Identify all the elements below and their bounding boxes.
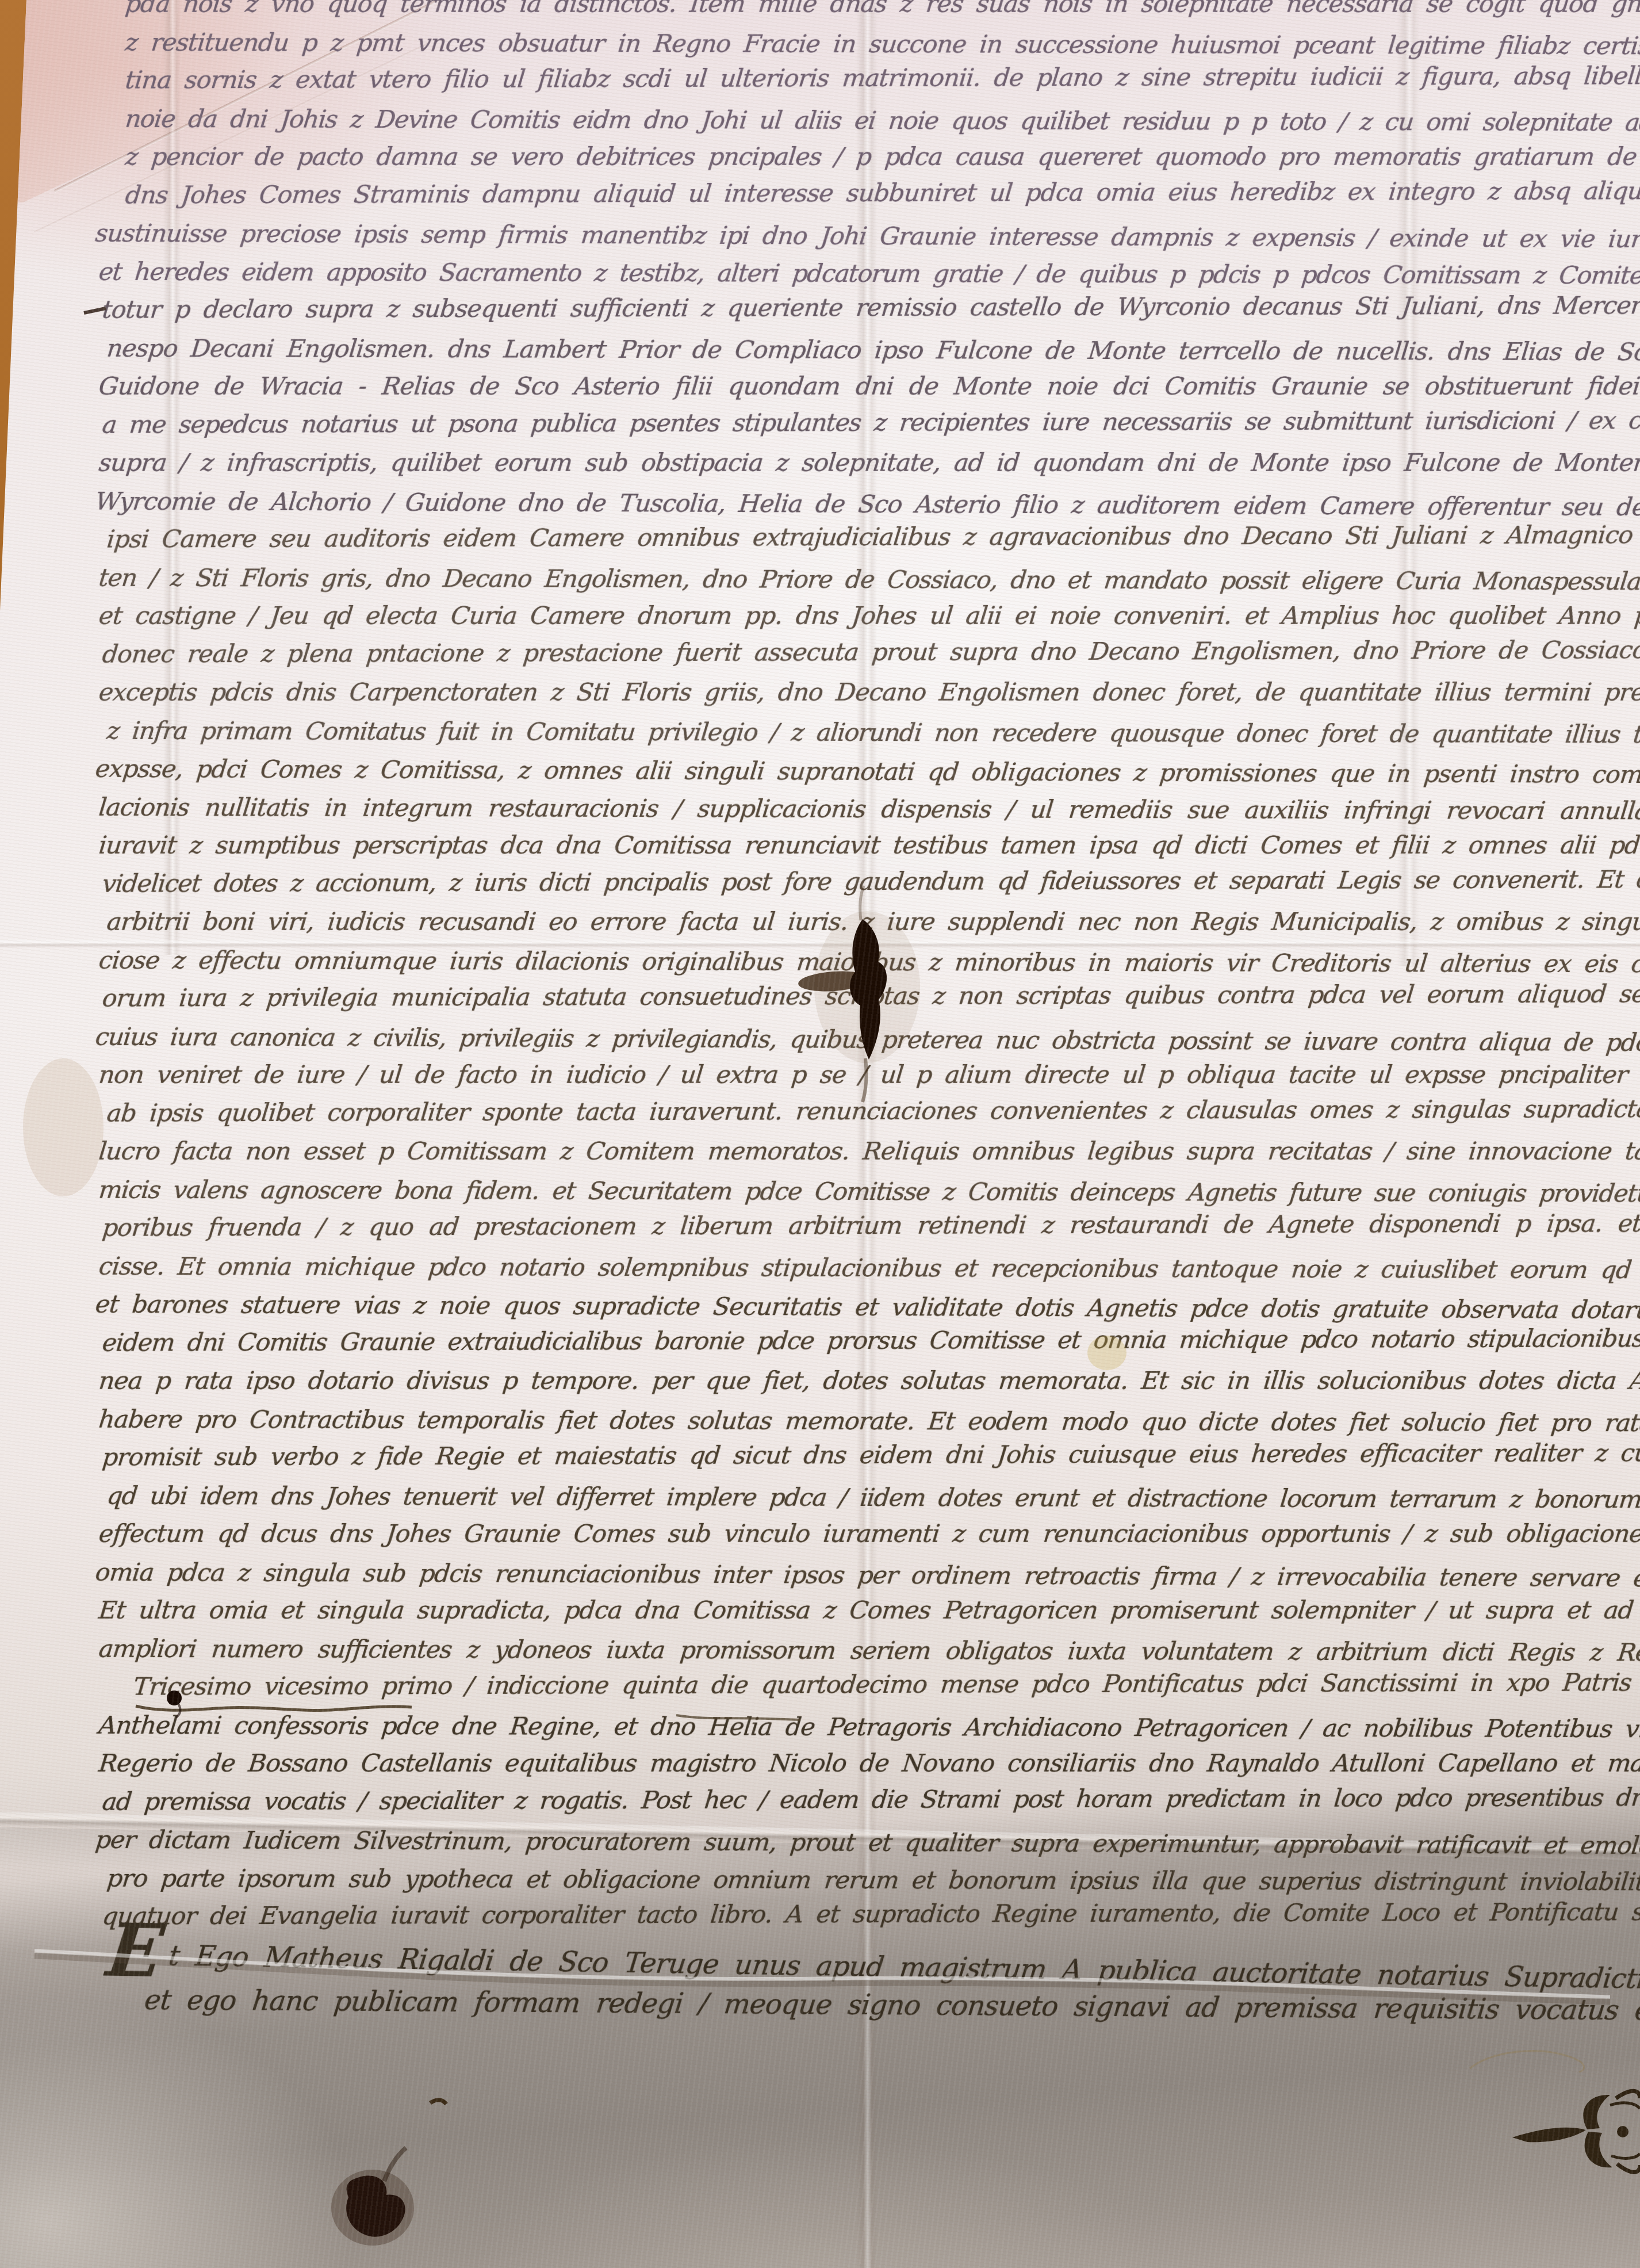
manuscript-text-line: z infra primam Comitatus fuit in Comitat… [105, 712, 1640, 755]
manuscript-text-line: donec reale z plena pntacione z prestaci… [101, 630, 1640, 674]
manuscript-text-line: ab ipsis quolibet corporaliter sponte ta… [105, 1089, 1640, 1133]
manuscript-text-line: quatuor dei Evangelia iuravit corporalit… [101, 1892, 1640, 1936]
manuscript-text-line: supra / z infrascriptis, quilibet eorum … [97, 444, 1640, 483]
manuscript-text-line: effectum qd dcus dns Johes Graunie Comes… [97, 1515, 1640, 1554]
manuscript-text-line: tina sornis z extat vtero filio ul filia… [124, 56, 1640, 100]
manuscript-text-line: expsse, pdci Comes z Comitissa, z omnes … [93, 750, 1640, 795]
manuscript-text-line: orum iura z privilegia municipalia statu… [101, 974, 1640, 1018]
manuscript-text-line: non veniret de iure / ul de facto in iud… [97, 1056, 1640, 1095]
manuscript-text-line: ipsi Camere seu auditoris eidem Camere o… [105, 515, 1640, 559]
water-stain [23, 1058, 104, 1196]
manuscript-text-line: ad premissa vocatis / specialiter z roga… [101, 1778, 1640, 1821]
manuscript-text-line: nespo Decani Engolismen. dns Lambert Pri… [105, 330, 1640, 372]
manuscript-text-line: lacionis nullitatis in integrum restaura… [97, 789, 1640, 831]
manuscript-text-line: Tricesimo vicesimo primo / indiccione qu… [132, 1663, 1640, 1706]
manuscript-text-line: Guidone de Wracia - Relias de Sco Asteri… [97, 368, 1640, 406]
manuscript-text-line: qd ubi idem dns Johes tenuerit vel diffe… [105, 1477, 1640, 1520]
manuscript-text-line: a me sepedcus notarius ut psona publica … [101, 401, 1640, 444]
manuscript-text-line: Et ultra omia et singula supradicta, pdc… [97, 1592, 1640, 1630]
manuscript-text-line: dns Johes Comes Straminis dampnu aliquid… [124, 171, 1640, 215]
manuscript-text-line: ten / z Sti Floris gris, dno Decano Engo… [97, 559, 1640, 602]
manuscript-text-line: Anthelami confessoris pdce dne Regine, e… [97, 1707, 1640, 1749]
photograph-of-parchment: pda nois z vno quoq terminos ia distinct… [0, 0, 1640, 2268]
manuscript-text-line: cisse. Et omnia michique pdco notario so… [97, 1248, 1640, 1290]
notary-signum-mark [1470, 2051, 1640, 2173]
manuscript-text-line: pda nois z vno quoq terminos ia distinct… [124, 0, 1640, 24]
parchment-sheet: pda nois z vno quoq terminos ia distinct… [0, 0, 1640, 2268]
manuscript-text-line: iuravit z sumptibus perscriptas dca dna … [97, 827, 1640, 865]
manuscript-text-line: arbitrii boni viri, iudicis recusandi eo… [105, 903, 1640, 942]
small-ink-dash [430, 2100, 446, 2104]
manuscript-text-line: Regerio de Bossano Castellanis equitalib… [97, 1745, 1640, 1783]
manuscript-text-block: pda nois z vno quoq terminos ia distinct… [99, 0, 1640, 1936]
manuscript-text-line: exceptis pdcis dnis Carpenctoraten z Sti… [97, 674, 1640, 712]
manuscript-text-line: sustinuisse preciose ipsis semp firmis m… [93, 215, 1640, 259]
manuscript-text-line: promisit sub verbo z fide Regie et maies… [101, 1433, 1640, 1477]
manuscript-text-line: et castigne / Jeu qd electa Curia Camere… [97, 597, 1640, 636]
manuscript-text-line: z pencior de pacto damna se vero debitri… [124, 138, 1640, 177]
manuscript-text-line: totur p declaro supra z subsequenti suff… [101, 286, 1640, 329]
manuscript-text-line: poribus fruenda / z quo ad prestacionem … [101, 1204, 1640, 1247]
ink-stain-blob [331, 2148, 414, 2246]
manuscript-text-line: videlicet dotes z accionum, z iuris dict… [101, 860, 1640, 903]
notarial-subscription-line: et ego hanc publicam formam redegi / meo… [142, 1978, 1640, 2035]
manuscript-text-line: per dictam Iudicem Silvestrinum, procura… [93, 1821, 1640, 1866]
manuscript-text-line: lucro facta non esset p Comitissam z Com… [97, 1133, 1640, 1171]
manuscript-text-line: eidem dni Comitis Graunie extraiudiciali… [101, 1319, 1640, 1362]
manuscript-text-line: noie da dni Johis z Devine Comitis eidm … [123, 100, 1640, 143]
notarial-subscription-block: Et Ego Matheus Rigaldi de Sco Teruge unu… [106, 1933, 1640, 2049]
manuscript-text-line: nea p rata ipso dotario divisus p tempor… [97, 1362, 1640, 1401]
